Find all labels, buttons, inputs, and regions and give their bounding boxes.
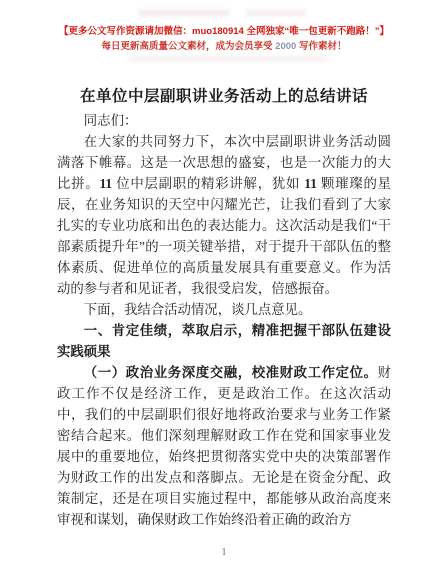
paragraph-1: 在大家的共同努力下，本次中层副职讲业务活动圆满落下帷幕。这是一次思想的盛宴，也是…: [57, 131, 391, 299]
promo-header: 【更多公文写作资源请加微信：muo180914 全网独家“唯一包更新不跑路！”】…: [0, 25, 448, 53]
promo-member-count: 2000: [275, 41, 296, 52]
paragraph-1-text: 颗璀璨的星辰，在业务知识的天空中闪耀光芒，让我们看到了大家扎实的专业功底和出色的…: [57, 176, 391, 296]
promo-line-2-prefix: 每日更新高质量公文素材，成为会员享受: [102, 41, 276, 52]
paragraph-1-number: 11: [304, 176, 317, 191]
paragraph-3-lead: （一）政治业务深度交融，校准财政工作定位。: [84, 365, 378, 380]
document-body: 同志们： 在大家的共同努力下，本次中层副职讲业务活动圆满落下帷幕。这是一次思想的…: [57, 110, 391, 530]
page-number: 1: [0, 547, 448, 558]
promo-line-2: 每日更新高质量公文素材，成为会员享受 2000 写作素材！: [0, 40, 448, 53]
paragraph-3: （一）政治业务深度交融，校准财政工作定位。财政工作不仅是经济工作，更是政治工作。…: [57, 362, 391, 530]
document-page: 【更多公文写作资源请加微信：muo180914 全网独家“唯一包更新不跑路！”】…: [0, 0, 448, 580]
faded-watermark: [128, 56, 328, 62]
faded-watermark: [138, 10, 230, 16]
paragraph-2: 下面，我结合活动情况，谈几点意见。: [57, 299, 391, 320]
document-title: 在单位中层副职讲业务活动上的总结讲话: [0, 84, 448, 106]
paragraph-1-number: 11: [99, 176, 112, 191]
promo-line-2-suffix: 写作素材！: [296, 41, 346, 52]
salutation: 同志们：: [57, 110, 391, 131]
faded-watermark: [246, 10, 306, 16]
paragraph-3-text: 财政工作不仅是经济工作，更是政治工作。在这次活动中，我们的中层副职们很好地将政治…: [57, 365, 391, 527]
section-heading-1: 一、肯定佳绩，萃取启示，精准把握干部队伍建设实践硕果: [57, 320, 391, 362]
paragraph-1-text: 位中层副职的精彩讲解，犹如: [112, 176, 304, 191]
promo-line-1: 【更多公文写作资源请加微信：muo180914 全网独家“唯一包更新不跑路！”】: [0, 25, 448, 38]
